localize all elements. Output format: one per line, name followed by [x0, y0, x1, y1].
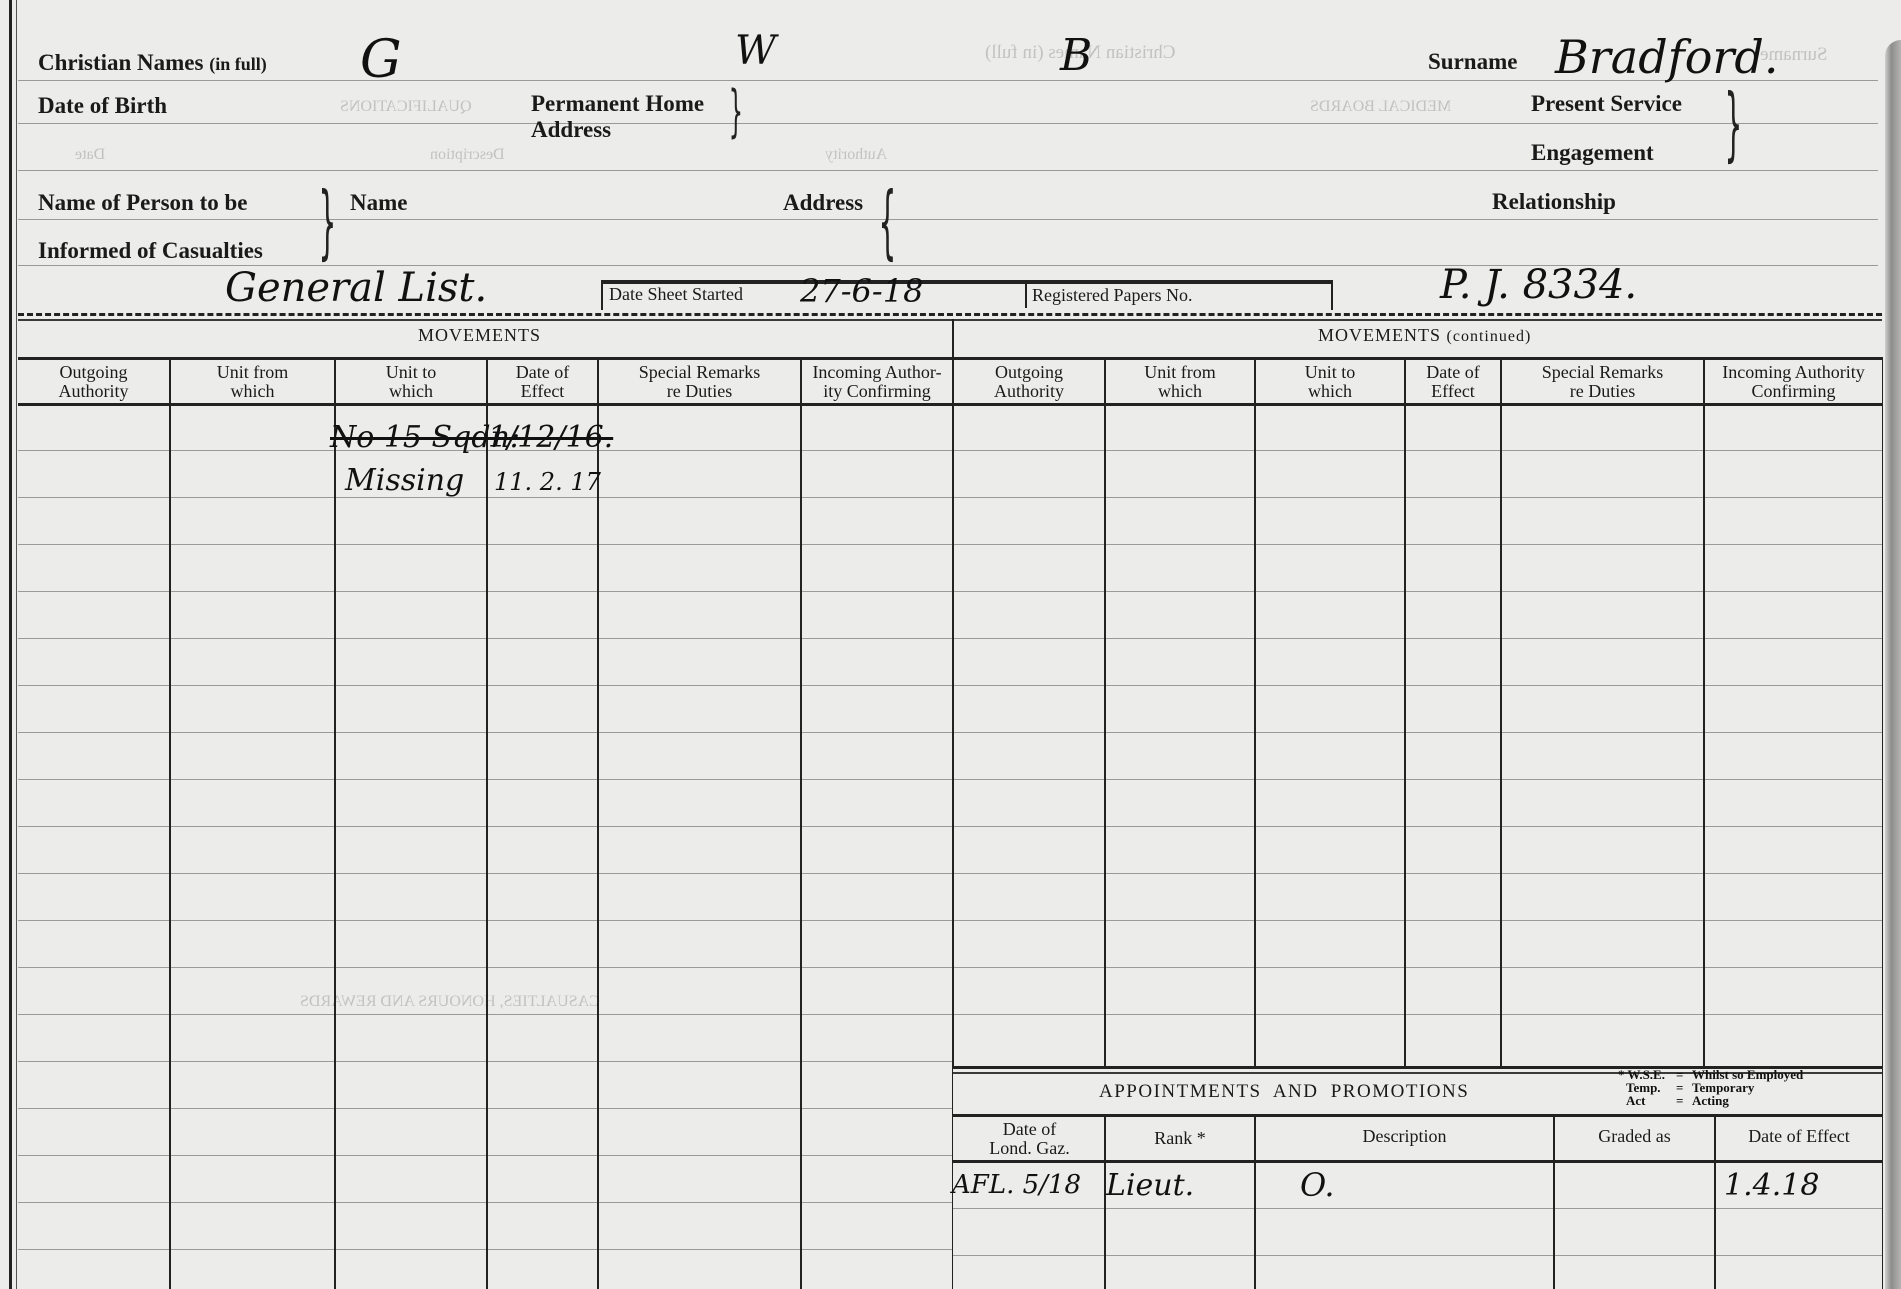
ghost-date: Date	[75, 146, 105, 164]
rule-line	[18, 544, 1882, 545]
christian-names-text: Christian Names	[38, 50, 203, 75]
relationship-label: Relationship	[1492, 189, 1616, 215]
movements-title: MOVEMENTS	[418, 325, 541, 346]
header-top-line	[18, 357, 1882, 360]
col-header-outgoing-authority: Outgoing Authority	[18, 363, 169, 401]
christian-names-suffix: (in full)	[209, 54, 267, 74]
column-divider	[169, 357, 171, 1289]
col-header-line: Outgoing	[954, 363, 1104, 382]
brace-left: {	[879, 182, 897, 262]
col-header-line: re Duties	[1502, 382, 1703, 401]
col-header-line: which	[1106, 382, 1254, 401]
rule-line	[953, 1255, 1882, 1256]
col-header-unit-from-cont: Unit from which	[1106, 363, 1254, 401]
brace-right: }	[319, 182, 337, 262]
col-header-unit-from: Unit from which	[171, 363, 334, 401]
ghost-qualifications: QUALIFICATIONS	[340, 98, 472, 116]
col-header-line: Date of	[488, 363, 597, 382]
registered-papers-label: Registered Papers No.	[1032, 285, 1192, 306]
permanent-home-address-label: Address	[531, 117, 611, 143]
movements-continued-text: MOVEMENTS	[1318, 325, 1441, 345]
appointment-date-gazette: AFL. 5/18	[952, 1170, 1081, 1200]
rule-line	[18, 170, 1878, 171]
col-header-line: Special Remarks	[599, 363, 800, 382]
ghost-medical-boards: MEDICAL BOARDS	[1310, 98, 1451, 116]
left-border-inner	[16, 0, 17, 1289]
col-header-line: Incoming Authority	[1705, 363, 1882, 382]
col-header-line: Effect	[488, 382, 597, 401]
col-header-line: which	[1256, 382, 1404, 401]
col-header-line: Date of	[1406, 363, 1500, 382]
col-header-line: Authority	[18, 382, 169, 401]
col-header-date-of-effect-appt: Date of Effect	[1716, 1127, 1882, 1146]
rule-line	[18, 1014, 1882, 1015]
col-header-special-remarks: Special Remarks re Duties	[599, 363, 800, 401]
appointments-header-line	[953, 1114, 1882, 1117]
rule-line	[18, 591, 1882, 592]
col-header-description: Description	[1256, 1127, 1553, 1146]
rule-line	[18, 123, 1878, 124]
name-label: Name	[350, 190, 407, 216]
section-divider	[18, 313, 1882, 316]
right-border	[1882, 357, 1883, 1289]
col-header-line: Incoming Author-	[802, 363, 952, 382]
column-divider	[486, 357, 488, 1289]
col-header-line: Effect	[1406, 382, 1500, 401]
brace-right: }	[729, 84, 743, 140]
col-header-date-of-effect-cont: Date of Effect	[1406, 363, 1500, 401]
continued-suffix: (continued)	[1447, 328, 1532, 345]
col-header-rank: Rank *	[1106, 1129, 1254, 1148]
col-header-line: Unit from	[1106, 363, 1254, 382]
movement-unit-to: Missing	[345, 463, 464, 498]
column-divider	[1703, 357, 1705, 1066]
legend-eq: =	[1676, 1094, 1692, 1107]
rule-line	[18, 873, 1882, 874]
movements-continued-title: MOVEMENTS (continued)	[1318, 325, 1531, 346]
ghost-authority: Authority	[825, 146, 887, 164]
date-sheet-started-label: Date Sheet Started	[609, 284, 743, 305]
christian-name-1: G	[360, 30, 402, 90]
col-header-line: which	[336, 382, 486, 401]
col-header-line: which	[171, 382, 334, 401]
column-divider	[334, 357, 336, 1289]
rule-line	[18, 920, 1882, 921]
unit-handwritten: General List.	[225, 265, 487, 311]
person-informed-label: Name of Person to be	[38, 190, 248, 216]
ghost-description: Description	[430, 146, 505, 164]
registered-papers-value: P. J. 8334.	[1440, 262, 1637, 308]
surname-label: Surname	[1428, 49, 1517, 75]
appointments-title: APPOINTMENTS AND PROMOTIONS	[1099, 1081, 1469, 1103]
legend-abbr: Act	[1618, 1094, 1676, 1107]
col-header-line: re Duties	[599, 382, 800, 401]
rule-line	[18, 779, 1882, 780]
col-header-date-lond-gaz: Date of Lond. Gaz.	[955, 1120, 1104, 1158]
col-header-line: Authority	[954, 382, 1104, 401]
column-divider	[1104, 357, 1106, 1066]
rule-line	[18, 732, 1882, 733]
col-header-graded-as: Graded as	[1555, 1127, 1714, 1146]
column-divider	[597, 357, 599, 1289]
legend-row: Act=Acting	[1618, 1094, 1803, 1107]
col-header-unit-to-cont: Unit to which	[1256, 363, 1404, 401]
rule-line	[18, 638, 1882, 639]
engagement-label: Engagement	[1531, 140, 1654, 166]
appointment-rank: Lieut.	[1106, 1168, 1194, 1203]
christian-name-2: W	[735, 28, 776, 74]
appointment-description: O.	[1300, 1166, 1335, 1204]
brace-right: }	[1725, 84, 1743, 164]
appointments-header-bottom	[953, 1160, 1882, 1163]
permanent-home-label: Permanent Home	[531, 91, 704, 117]
section-divider	[18, 319, 1882, 321]
col-header-line: Confirming	[1705, 382, 1882, 401]
rank-legend: * W.S.E.=Whilst so Employed Temp.=Tempor…	[1618, 1068, 1803, 1107]
rule-line	[18, 497, 1882, 498]
christian-name-3: B	[1060, 30, 1092, 81]
present-service-label: Present Service	[1531, 91, 1682, 117]
left-border	[9, 0, 12, 1289]
col-header-line: Unit to	[1256, 363, 1404, 382]
appointment-date-of-effect: 1.4.18	[1724, 1168, 1819, 1203]
col-header-incoming-authority: Incoming Author- ity Confirming	[802, 363, 952, 401]
address-label: Address	[783, 190, 863, 216]
col-header-line: Date of	[955, 1120, 1104, 1139]
ghost-casualties: CASUALTIES, HONOURS AND REWARDS	[300, 993, 600, 1011]
date-sheet-started-value: 27-6-18	[800, 272, 923, 310]
col-header-incoming-authority-cont: Incoming Authority Confirming	[1705, 363, 1882, 401]
date-sheet-divider	[1025, 284, 1027, 308]
rule-line	[18, 219, 1878, 220]
column-divider	[1404, 357, 1406, 1066]
rule-line	[18, 450, 1882, 451]
rule-line	[18, 826, 1882, 827]
movement-date-struck: 1/12/16.	[488, 420, 613, 455]
column-divider	[1254, 357, 1256, 1066]
col-header-line: Outgoing	[18, 363, 169, 382]
col-header-unit-to: Unit to which	[336, 363, 486, 401]
legend-meaning: Acting	[1692, 1093, 1729, 1108]
header-bottom-line	[18, 403, 1882, 406]
rule-line	[18, 685, 1882, 686]
christian-names-label: Christian Names (in full)	[38, 50, 267, 76]
informed-casualties-label: Informed of Casualties	[38, 238, 263, 264]
col-header-line: Special Remarks	[1502, 363, 1703, 382]
movement-date: 11. 2. 17	[494, 468, 601, 496]
rule-line	[953, 1208, 1882, 1209]
col-header-outgoing-authority-cont: Outgoing Authority	[954, 363, 1104, 401]
col-header-line: Unit from	[171, 363, 334, 382]
page-edge	[1885, 40, 1901, 1289]
rule-line	[18, 967, 1882, 968]
col-header-date-of-effect: Date of Effect	[488, 363, 597, 401]
column-divider	[1500, 357, 1502, 1066]
surname-value: Bradford.	[1555, 30, 1778, 84]
col-header-line: Lond. Gaz.	[955, 1139, 1104, 1158]
col-header-line: ity Confirming	[802, 382, 952, 401]
date-of-birth-label: Date of Birth	[38, 93, 167, 119]
col-header-special-remarks-cont: Special Remarks re Duties	[1502, 363, 1703, 401]
column-divider	[800, 357, 802, 1289]
col-header-line: Unit to	[336, 363, 486, 382]
